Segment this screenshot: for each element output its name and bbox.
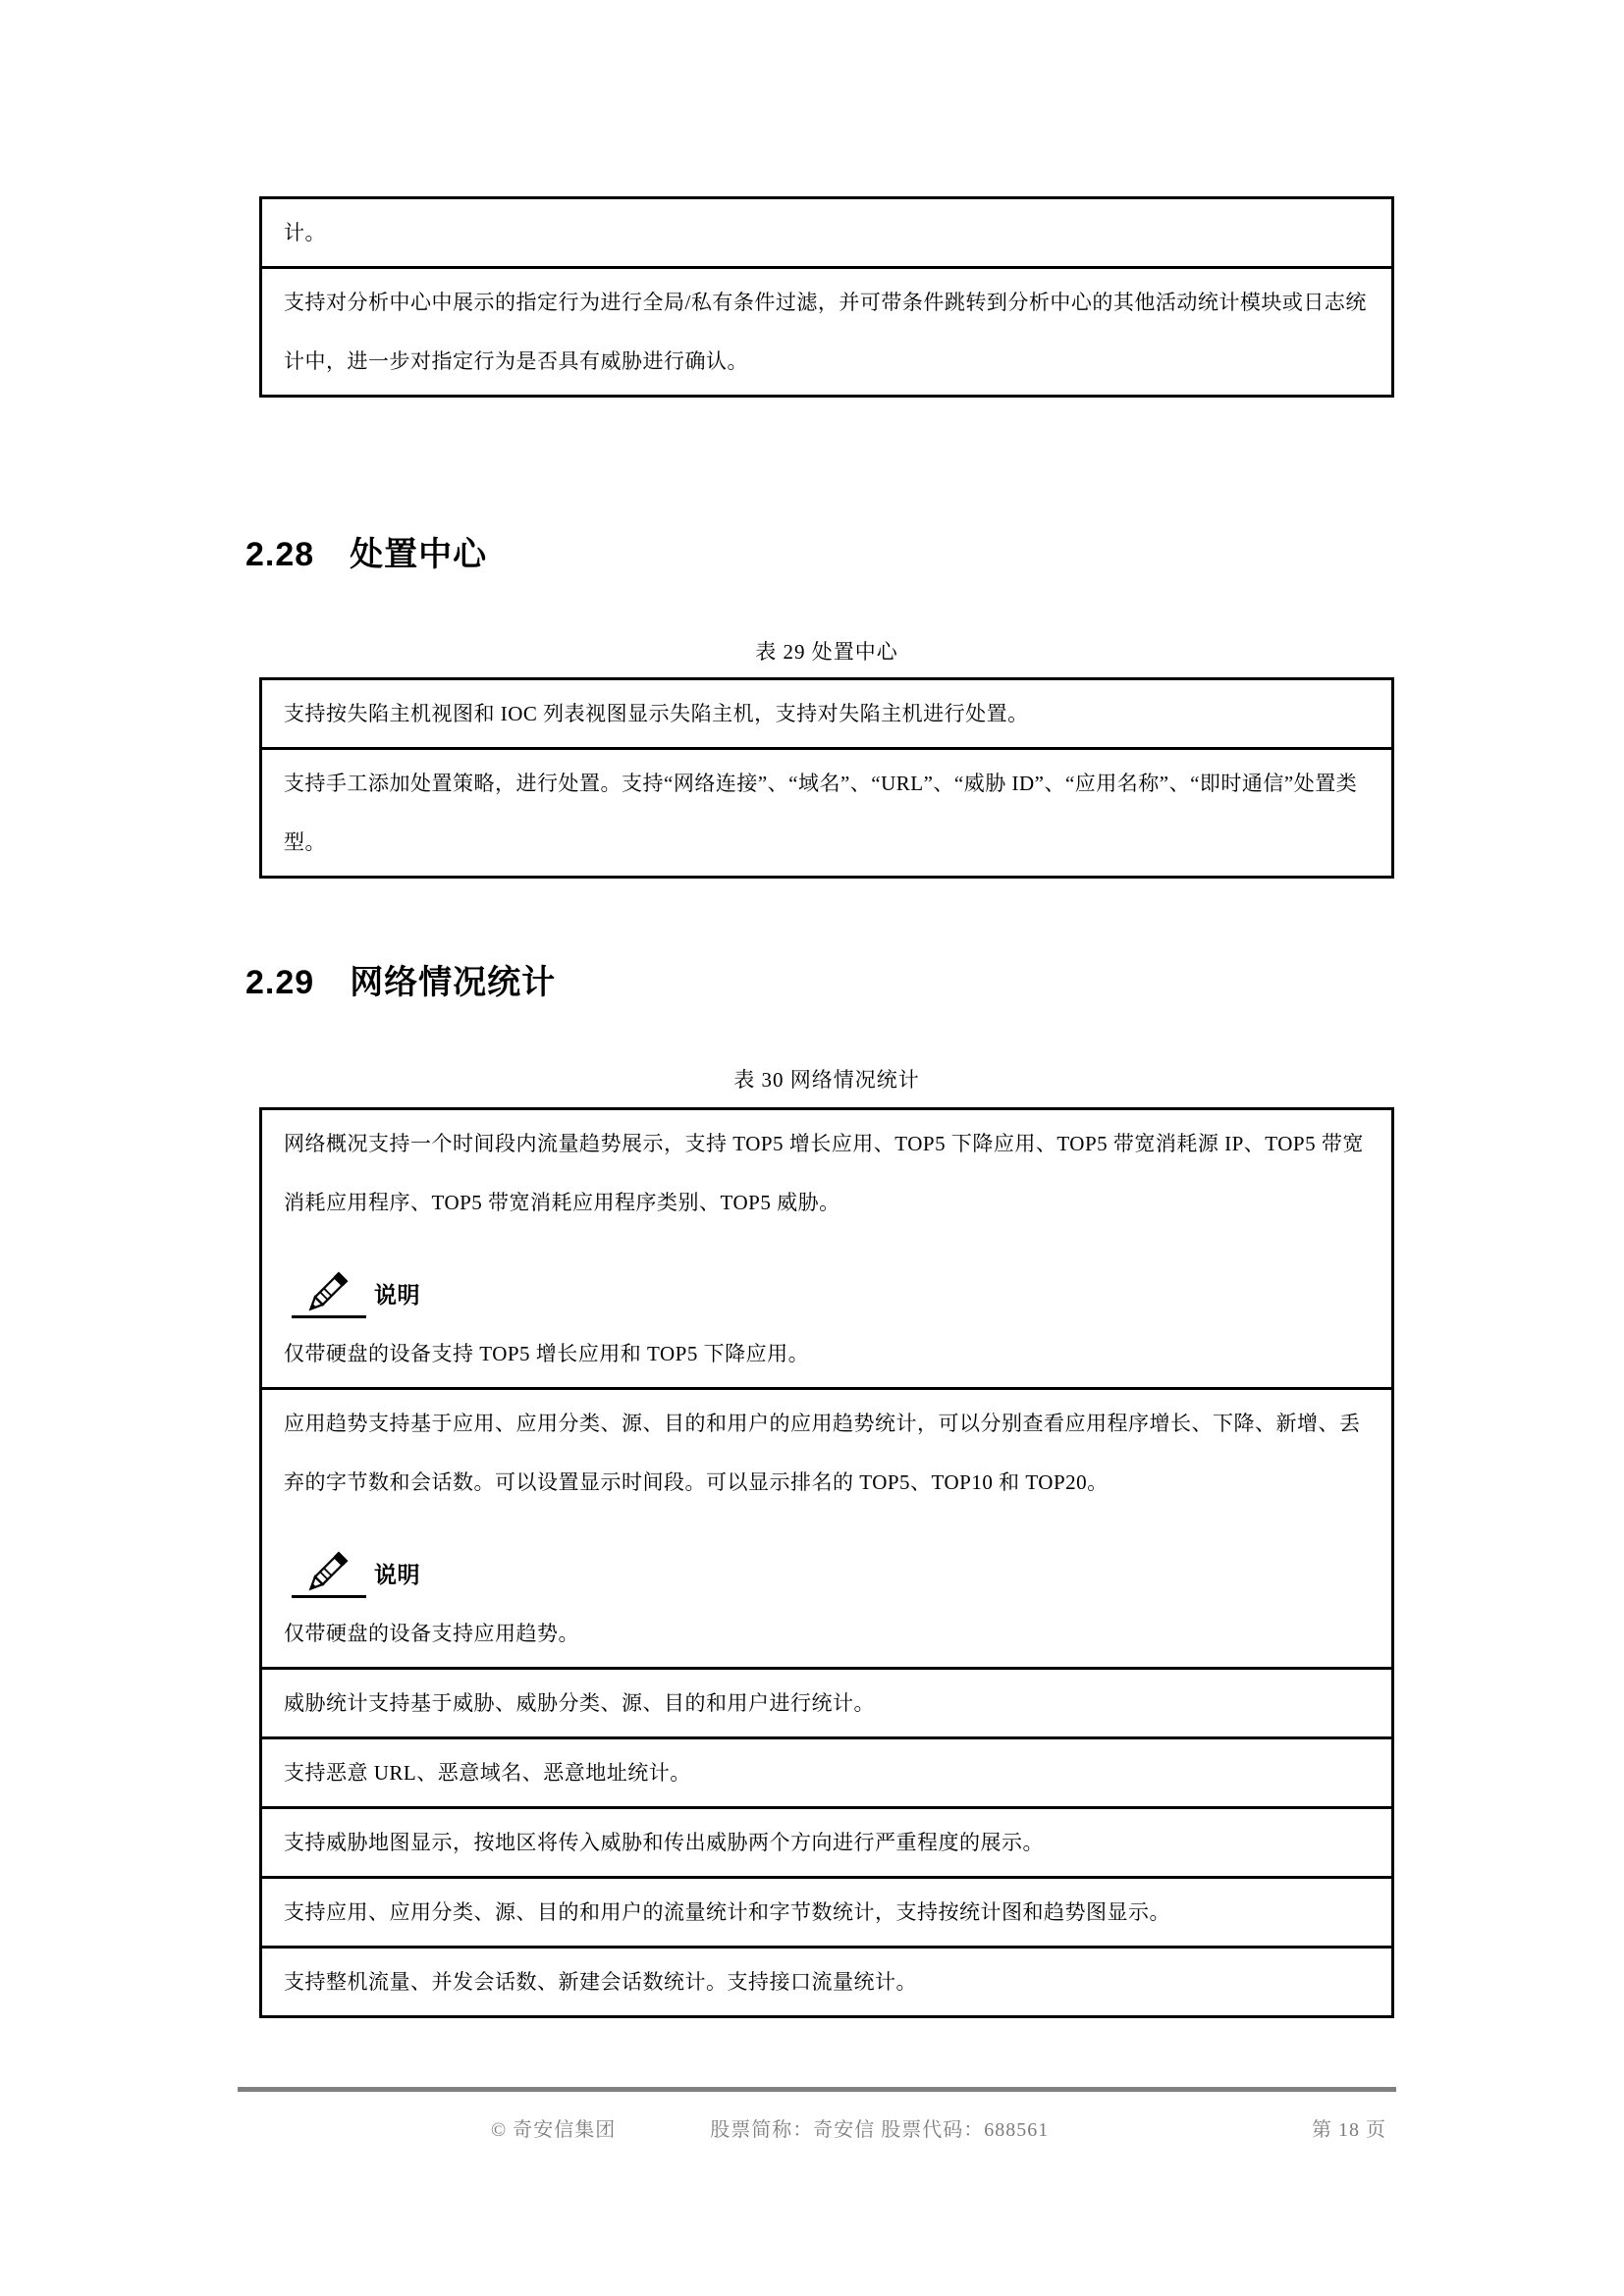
cell-text: 支持手工添加处置策略，进行处置。支持“网络连接”、“域名”、“URL”、“威胁 … bbox=[284, 754, 1370, 872]
page-footer: © 奇安信集团 股票简称：奇安信 股票代码：688561 第 18 页 bbox=[238, 2087, 1396, 2142]
table-row: 支持按失陷主机视图和 IOC 列表视图显示失陷主机，支持对失陷主机进行处置。 bbox=[261, 679, 1393, 749]
pencil-icon bbox=[292, 1542, 366, 1598]
table-row: 支持应用、应用分类、源、目的和用户的流量统计和字节数统计，支持按统计图和趋势图显… bbox=[261, 1878, 1393, 1948]
table-row: 支持对分析中心中展示的指定行为进行全局/私有条件过滤，并可带条件跳转到分析中心的… bbox=[261, 268, 1393, 397]
continuation-table: 计。 支持对分析中心中展示的指定行为进行全局/私有条件过滤，并可带条件跳转到分析… bbox=[259, 196, 1394, 398]
table-cell: 支持对分析中心中展示的指定行为进行全局/私有条件过滤，并可带条件跳转到分析中心的… bbox=[261, 268, 1393, 397]
table-cell: 支持按失陷主机视图和 IOC 列表视图显示失陷主机，支持对失陷主机进行处置。 bbox=[261, 679, 1393, 749]
document-page: 计。 支持对分析中心中展示的指定行为进行全局/私有条件过滤，并可带条件跳转到分析… bbox=[0, 0, 1624, 2296]
footer-stock-info: 股票简称：奇安信 股票代码：688561 bbox=[710, 2113, 1049, 2142]
table-row: 网络概况支持一个时间段内流量趋势展示，支持 TOP5 增长应用、TOP5 下降应… bbox=[261, 1109, 1393, 1389]
table-row: 威胁统计支持基于威胁、威胁分类、源、目的和用户进行统计。 bbox=[261, 1669, 1393, 1738]
table-cell: 支持整机流量、并发会话数、新建会话数统计。支持接口流量统计。 bbox=[261, 1948, 1393, 2017]
table-30-network-statistics: 网络概况支持一个时间段内流量趋势展示，支持 TOP5 增长应用、TOP5 下降应… bbox=[259, 1107, 1394, 2018]
table-row: 支持威胁地图显示，按地区将传入威胁和传出威胁两个方向进行严重程度的展示。 bbox=[261, 1808, 1393, 1878]
cell-text: 应用趋势支持基于应用、应用分类、源、目的和用户的应用趋势统计，可以分别查看应用程… bbox=[284, 1394, 1370, 1512]
footer-copyright: © 奇安信集团 bbox=[491, 2113, 616, 2142]
cell-text: 支持恶意 URL、恶意域名、恶意地址统计。 bbox=[284, 1743, 1370, 1802]
cell-text: 支持应用、应用分类、源、目的和用户的流量统计和字节数统计，支持按统计图和趋势图显… bbox=[284, 1883, 1370, 1942]
cell-text: 支持威胁地图显示，按地区将传入威胁和传出威胁两个方向进行严重程度的展示。 bbox=[284, 1813, 1370, 1872]
section-number: 2.28 bbox=[245, 536, 314, 573]
table-cell: 计。 bbox=[261, 198, 1393, 268]
cell-text: 威胁统计支持基于威胁、威胁分类、源、目的和用户进行统计。 bbox=[284, 1674, 1370, 1733]
section-number: 2.29 bbox=[245, 964, 314, 1001]
table-cell: 应用趋势支持基于应用、应用分类、源、目的和用户的应用趋势统计，可以分别查看应用程… bbox=[261, 1389, 1393, 1669]
section-heading-2-28: 2.28处置中心 bbox=[245, 527, 1396, 575]
continuation-table-wrap: 计。 支持对分析中心中展示的指定行为进行全局/私有条件过滤，并可带条件跳转到分析… bbox=[245, 196, 1396, 398]
table-cell: 支持手工添加处置策略，进行处置。支持“网络连接”、“域名”、“URL”、“威胁 … bbox=[261, 749, 1393, 878]
section-title: 处置中心 bbox=[350, 536, 487, 573]
note-text: 仅带硬盘的设备支持 TOP5 增长应用和 TOP5 下降应用。 bbox=[284, 1324, 1370, 1383]
table-row: 支持恶意 URL、恶意域名、恶意地址统计。 bbox=[261, 1738, 1393, 1808]
cell-text: 支持按失陷主机视图和 IOC 列表视图显示失陷主机，支持对失陷主机进行处置。 bbox=[284, 684, 1370, 743]
table-cell: 网络概况支持一个时间段内流量趋势展示，支持 TOP5 增长应用、TOP5 下降应… bbox=[261, 1109, 1393, 1389]
table-29-caption: 表 29 处置中心 bbox=[259, 636, 1394, 666]
table-row: 计。 bbox=[261, 198, 1393, 268]
note-label: 说明 bbox=[374, 1564, 420, 1586]
table-cell: 支持恶意 URL、恶意域名、恶意地址统计。 bbox=[261, 1738, 1393, 1808]
cell-text: 计。 bbox=[284, 203, 1370, 262]
table-row: 支持整机流量、并发会话数、新建会话数统计。支持接口流量统计。 bbox=[261, 1948, 1393, 2017]
table-30-caption: 表 30 网络情况统计 bbox=[259, 1064, 1394, 1094]
footer-text-line: © 奇安信集团 股票简称：奇安信 股票代码：688561 第 18 页 bbox=[238, 2113, 1396, 2142]
section-title: 网络情况统计 bbox=[350, 964, 556, 1001]
footer-page-number: 第 18 页 bbox=[1312, 2113, 1386, 2142]
table-row: 应用趋势支持基于应用、应用分类、源、目的和用户的应用趋势统计，可以分别查看应用程… bbox=[261, 1389, 1393, 1669]
cell-text: 支持对分析中心中展示的指定行为进行全局/私有条件过滤，并可带条件跳转到分析中心的… bbox=[284, 273, 1370, 391]
note-label: 说明 bbox=[374, 1284, 420, 1307]
note-block: 说明 bbox=[292, 1248, 1370, 1318]
table-cell: 威胁统计支持基于威胁、威胁分类、源、目的和用户进行统计。 bbox=[261, 1669, 1393, 1738]
note-text: 仅带硬盘的设备支持应用趋势。 bbox=[284, 1604, 1370, 1663]
footer-divider bbox=[238, 2087, 1396, 2092]
page-content: 计。 支持对分析中心中展示的指定行为进行全局/私有条件过滤，并可带条件跳转到分析… bbox=[245, 0, 1396, 2018]
cell-text: 网络概况支持一个时间段内流量趋势展示，支持 TOP5 增长应用、TOP5 下降应… bbox=[284, 1114, 1370, 1232]
cell-text: 支持整机流量、并发会话数、新建会话数统计。支持接口流量统计。 bbox=[284, 1952, 1370, 2011]
table-row: 支持手工添加处置策略，进行处置。支持“网络连接”、“域名”、“URL”、“威胁 … bbox=[261, 749, 1393, 878]
table-cell: 支持威胁地图显示，按地区将传入威胁和传出威胁两个方向进行严重程度的展示。 bbox=[261, 1808, 1393, 1878]
pencil-icon bbox=[292, 1262, 366, 1318]
section-heading-2-29: 2.29网络情况统计 bbox=[245, 955, 1396, 1003]
note-block: 说明 bbox=[292, 1527, 1370, 1598]
table-29-disposal-center: 支持按失陷主机视图和 IOC 列表视图显示失陷主机，支持对失陷主机进行处置。 支… bbox=[259, 677, 1394, 879]
table-cell: 支持应用、应用分类、源、目的和用户的流量统计和字节数统计，支持按统计图和趋势图显… bbox=[261, 1878, 1393, 1948]
